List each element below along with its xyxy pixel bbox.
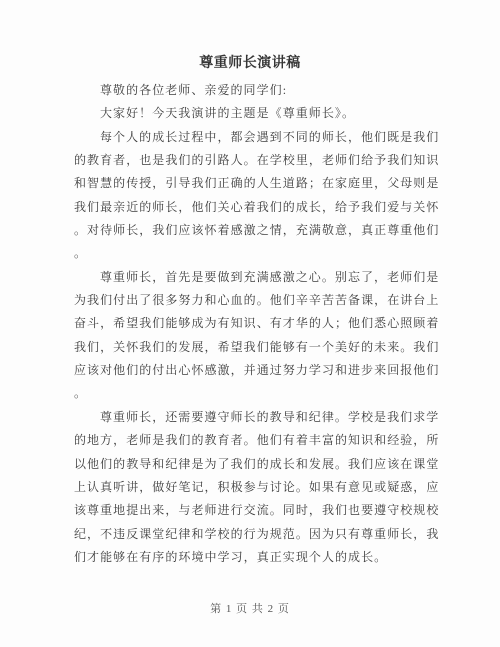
document-title: 尊重师长演讲稿: [0, 0, 500, 74]
page-number: 第 1 页 共 2 页: [210, 603, 290, 615]
text-line: 上认真听讲，做好笔记，积极参与讨论。如果有意见或疑惑，应: [74, 476, 427, 499]
page-footer: 第 1 页 共 2 页: [0, 601, 500, 617]
text-line: 奋斗，希望我们能够成为有知识、有才华的人；他们悉心照顾着: [74, 312, 427, 335]
document-body: 尊敬的各位老师、亲爱的同学们:大家好！今天我演讲的主题是《尊重师长》。每个人的成…: [74, 79, 427, 569]
text-line: 。: [74, 382, 427, 405]
text-line: 。: [74, 242, 427, 265]
text-line: 尊敬的各位老师、亲爱的同学们:: [74, 79, 427, 102]
text-line: 我们最亲近的师长，他们关心着我们的成长，给予我们爱与关怀: [74, 196, 427, 219]
text-line: 大家好！今天我演讲的主题是《尊重师长》。: [74, 102, 427, 125]
text-line: 每个人的成长过程中，都会遇到不同的师长，他们既是我们: [74, 126, 427, 149]
text-line: 和智慧的传授，引导我们正确的人生道路；在家庭里，父母则是: [74, 172, 427, 195]
text-line: 纪，不违反课堂纪律和学校的行为规范。因为只有尊重师长，我: [74, 523, 427, 546]
text-line: 该尊重地提出来，与老师进行交流。同时，我们也要遵守校规校: [74, 499, 427, 522]
text-line: 。对待师长，我们应该怀着感激之情，充满敬意，真正尊重他们: [74, 219, 427, 242]
document-page: 尊重师长演讲稿 尊敬的各位老师、亲爱的同学们:大家好！今天我演讲的主题是《尊重师…: [0, 0, 500, 647]
text-line: 应该对他们的付出心怀感激，并通过努力学习和进步来回报他们: [74, 359, 427, 382]
text-line: 尊重师长，首先是要做到充满感激之心。别忘了，老师们是: [74, 266, 427, 289]
text-line: 的教育者，也是我们的引路人。在学校里，老师们给予我们知识: [74, 149, 427, 172]
text-line: 的地方，老师是我们的教育者。他们有着丰富的知识和经验，所: [74, 429, 427, 452]
text-line: 以他们的教导和纪律是为了我们的成长和发展。我们应该在课堂: [74, 453, 427, 476]
text-line: 尊重师长，还需要遵守师长的教导和纪律。学校是我们求学: [74, 406, 427, 429]
text-line: 为我们付出了很多努力和心血的。他们辛辛苦苦备课，在讲台上: [74, 289, 427, 312]
text-line: 们才能够在有序的环境中学习，真正实现个人的成长。: [74, 546, 427, 569]
text-line: 我们，关怀我们的发展，希望我们能够有一个美好的未来。我们: [74, 336, 427, 359]
